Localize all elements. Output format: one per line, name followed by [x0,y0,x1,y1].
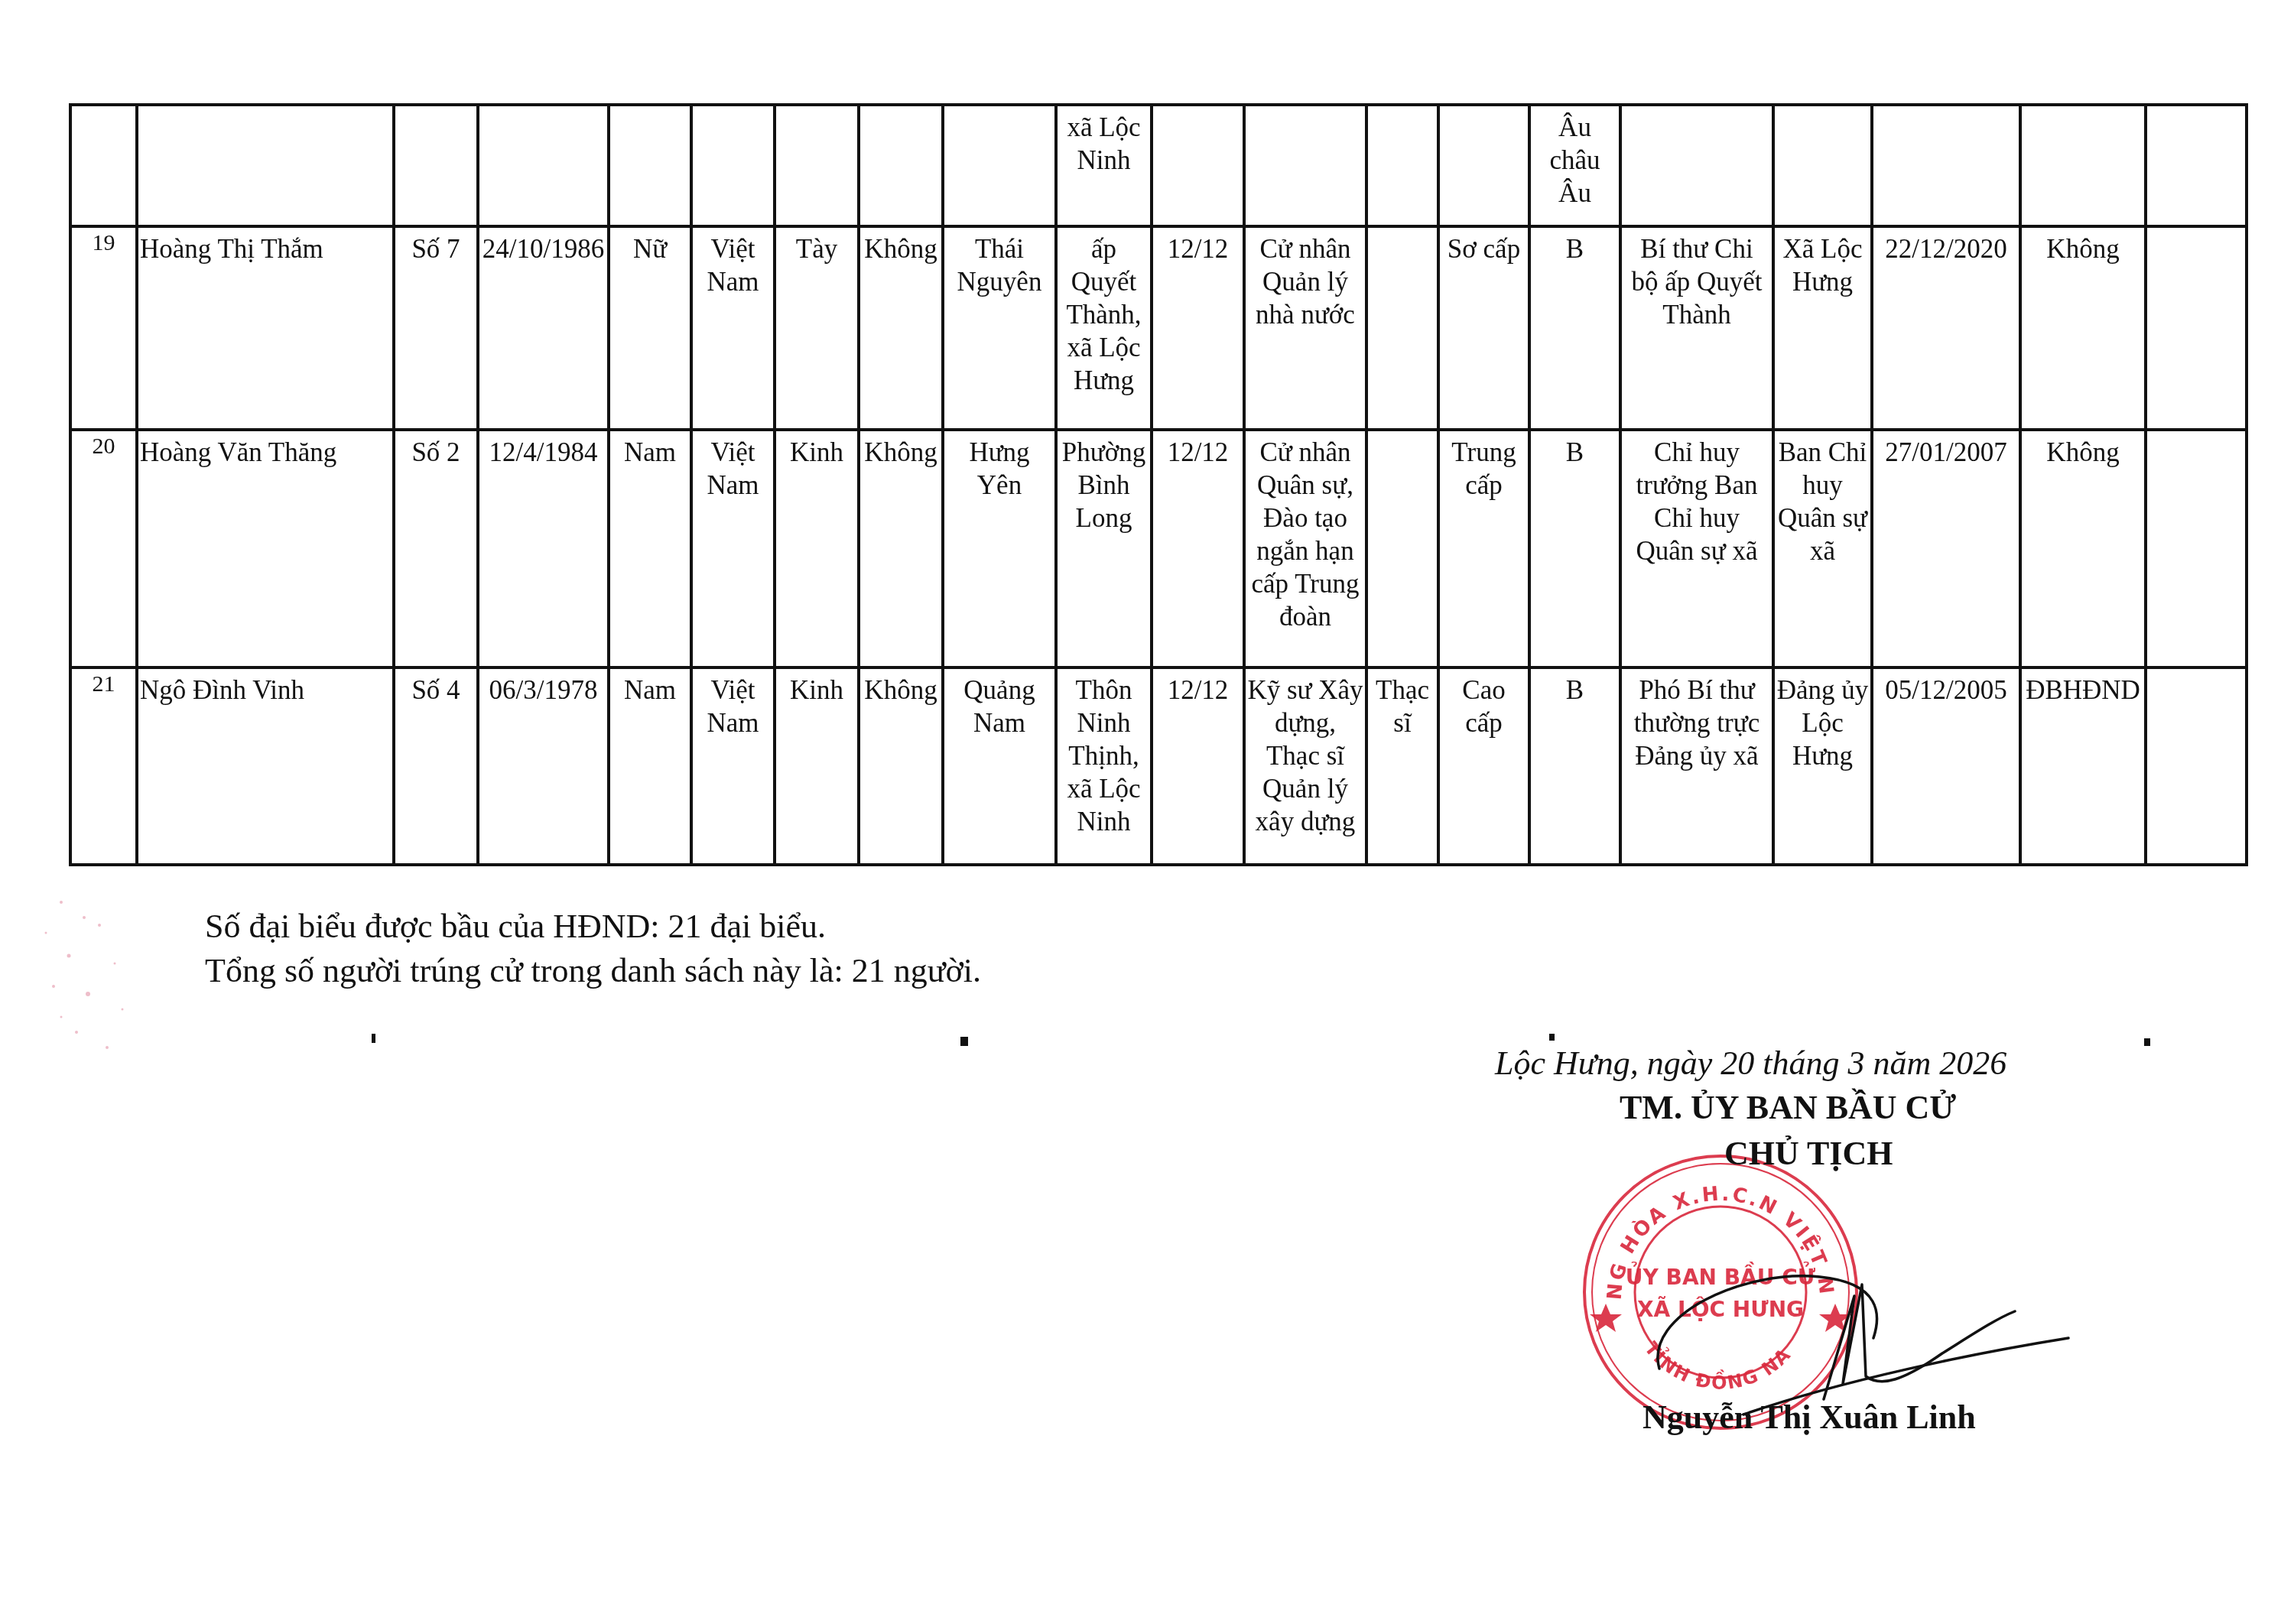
signer-title: CHỦ TỊCH [1724,1134,1893,1173]
cell-political-theory: Caocấp [1438,667,1529,865]
cell-text-line: Nam [694,265,772,298]
cell-residence: ThônNinhThịnh,xã LộcNinh [1056,667,1152,865]
cell-academic [1366,226,1438,430]
cell-general-education: 12/12 [1152,430,1244,667]
cell-text-line: Quyết [1059,265,1149,298]
scan-speck [1549,1034,1555,1041]
cell-text-line: Quản lý [1247,265,1363,298]
table-row: 19 Hoàng Thị Thắm Số 7 24/10/1986 Nữ Việ… [70,226,2247,430]
cell-text-line: Nam [694,469,772,502]
cell-political-theory [1438,105,1529,226]
cell-text-line: Nam [694,706,772,739]
cell-text-line: Thành, [1059,298,1149,331]
cell-ethnicity [775,105,859,226]
cell-dob [478,105,609,226]
cell-general-education [1152,105,1244,226]
cell-academic [1366,105,1438,226]
cell-extra [2146,430,2247,667]
cell-text-line: Kỹ sư Xây [1247,674,1363,706]
cell-dob: 06/3/1978 [478,667,609,865]
cell-professional: Cử nhânQuân sự,Đào tạongắn hạncấp Trungđ… [1244,430,1366,667]
cell-nationality: ViệtNam [691,667,775,865]
cell-party-date: 05/12/2005 [1872,667,2020,865]
cell-text-line: ngắn hạn [1247,534,1363,567]
cell-text-line: Quản lý [1247,772,1363,805]
cell-professional: Cử nhânQuản lýnhà nước [1244,226,1366,430]
cell-delegate-status: Không [2020,226,2146,430]
cell-text-line: ấp [1059,232,1149,265]
cell-religion: Không [859,430,943,667]
cell-religion: Không [859,226,943,430]
cell-text-line: Chỉ huy [1623,502,1770,534]
cell-residence: ấpQuyếtThành,xã LộcHưng [1056,226,1152,430]
cell-nationality: ViệtNam [691,430,775,667]
cell-hometown: TháiNguyên [943,226,1056,430]
cell-text-line: Ninh [1059,805,1149,838]
cell-extra [2146,667,2247,865]
elected-delegates-table: xã LộcNinh ÂuchâuÂu 19 Hoàng Thị Thắm Số… [69,103,2248,866]
cell-ballot: Số 2 [394,430,478,667]
cell-text-line: Bình [1059,469,1149,502]
cell-position: Chỉ huytrưởng BanChỉ huyQuân sự xã [1620,430,1773,667]
cell-text-line: châu [1532,144,1617,177]
cell-text-line: Phó Bí thư [1623,674,1770,706]
cell-workplace: Đảng ủyLộcHưng [1773,667,1872,865]
cell-text-line: Nam [946,706,1053,739]
cell-gender: Nam [609,667,691,865]
cell-foreign-language: B [1529,430,1620,667]
table-body: xã LộcNinh ÂuchâuÂu 19 Hoàng Thị Thắm Số… [70,105,2247,865]
cell-name: Ngô Đình Vinh [137,667,394,865]
cell-text-line: huy [1776,469,1869,502]
cell-text-line: đoàn [1247,600,1363,633]
scan-speck [372,1034,375,1043]
cell-religion: Không [859,667,943,865]
cell-academic [1366,430,1438,667]
cell-text-line: Đào tạo [1247,502,1363,534]
cell-text-line: Hưng [1776,739,1869,772]
table-row: 21 Ngô Đình Vinh Số 4 06/3/1978 Nam Việt… [70,667,2247,865]
cell-text-line: xây dựng [1247,805,1363,838]
cell-stt: 19 [70,226,137,430]
cell-hometown [943,105,1056,226]
table-row: 20 Hoàng Văn Thăng Số 2 12/4/1984 Nam Vi… [70,430,2247,667]
cell-text-line: Thạc [1370,674,1435,706]
cell-text-line: Đảng ủy [1776,674,1869,706]
cell-gender [609,105,691,226]
cell-text-line: Sơ cấp [1441,232,1526,265]
signer-name: Nguyễn Thị Xuân Linh [1643,1398,1976,1437]
cell-text-line: trưởng Ban [1623,469,1770,502]
cell-text-line: Ninh [1059,144,1149,177]
cell-position [1620,105,1773,226]
cell-dob: 24/10/1986 [478,226,609,430]
cell-ballot: Số 7 [394,226,478,430]
cell-text-line: Việt [694,232,772,265]
cell-name: Hoàng Thị Thắm [137,226,394,430]
cell-name [137,105,394,226]
cell-text-line: Thịnh, [1059,739,1149,772]
cell-text-line: Bí thư Chi [1623,232,1770,265]
cell-ballot [394,105,478,226]
cell-delegate-status [2020,105,2146,226]
cell-political-theory: Sơ cấp [1438,226,1529,430]
cell-text-line: Âu [1532,111,1617,144]
cell-party-date: 22/12/2020 [1872,226,2020,430]
stamp-bleed-mark [15,872,138,1070]
place-and-date: Lộc Hưng, ngày 20 tháng 3 năm 2026 [1495,1044,2006,1083]
cell-text-line: xã [1776,534,1869,567]
cell-text-line: cấp Trung [1247,567,1363,600]
cell-stt: 21 [70,667,137,865]
cell-gender: Nam [609,430,691,667]
cell-text-line: Trung [1441,436,1526,469]
cell-text-line: Nguyên [946,265,1053,298]
cell-professional [1244,105,1366,226]
cell-extra [2146,226,2247,430]
cell-party-date: 27/01/2007 [1872,430,2020,667]
cell-ethnicity: Kinh [775,667,859,865]
cell-text-line: xã Lộc [1059,111,1149,144]
cell-text-line: Việt [694,436,772,469]
cell-text-line: Âu [1532,177,1617,209]
cell-text-line: Quảng [946,674,1053,706]
cell-extra [2146,105,2247,226]
cell-hometown: QuảngNam [943,667,1056,865]
cell-nationality: ViệtNam [691,226,775,430]
cell-text-line: Thái [946,232,1053,265]
handwritten-signature-icon [1652,1223,2080,1422]
cell-workplace: Xã LộcHưng [1773,226,1872,430]
cell-delegate-status: Không [2020,430,2146,667]
cell-residence: xã LộcNinh [1056,105,1152,226]
cell-text-line: Quân sự [1776,502,1869,534]
cell-text-line: nhà nước [1247,298,1363,331]
cell-ethnicity: Kinh [775,430,859,667]
elected-total-text: Tổng số người trúng cử trong danh sách n… [205,949,981,993]
cell-nationality [691,105,775,226]
cell-text-line: Thành [1623,298,1770,331]
cell-text-line: Xã Lộc [1776,232,1869,265]
cell-text-line: cấp [1441,706,1526,739]
cell-religion [859,105,943,226]
cell-academic: Thạcsĩ [1366,667,1438,865]
cell-text-line: xã Lộc [1059,772,1149,805]
cell-text-line: Chỉ huy [1623,436,1770,469]
cell-foreign-language: ÂuchâuÂu [1529,105,1620,226]
cell-workplace [1773,105,1872,226]
cell-workplace: Ban ChỉhuyQuân sựxã [1773,430,1872,667]
cell-name: Hoàng Văn Thăng [137,430,394,667]
cell-general-education: 12/12 [1152,667,1244,865]
cell-political-theory: Trungcấp [1438,430,1529,667]
cell-text-line: thường trực [1623,706,1770,739]
cell-text-line: dựng, [1247,706,1363,739]
table-row-continuation: xã LộcNinh ÂuchâuÂu [70,105,2247,226]
on-behalf-of: TM. ỦY BAN BẦU CỬ [1620,1088,1956,1127]
cell-text-line: Cao [1441,674,1526,706]
cell-text-line: cấp [1441,469,1526,502]
document-page: xã LộcNinh ÂuchâuÂu 19 Hoàng Thị Thắm Số… [0,0,2294,1624]
cell-stt [70,105,137,226]
cell-foreign-language: B [1529,226,1620,430]
cell-text-line: Ninh [1059,706,1149,739]
cell-stt: 20 [70,430,137,667]
cell-text-line: Hưng [946,436,1053,469]
cell-text-line: Đảng ủy xã [1623,739,1770,772]
cell-text-line: Cử nhân [1247,232,1363,265]
cell-ethnicity: Tày [775,226,859,430]
cell-text-line: Yên [946,469,1053,502]
cell-ballot: Số 4 [394,667,478,865]
scan-speck [2144,1038,2150,1046]
cell-text-line: xã Lộc [1059,331,1149,364]
cell-professional: Kỹ sư Xâydựng,Thạc sĩQuản lýxây dựng [1244,667,1366,865]
cell-text-line: Quân sự xã [1623,534,1770,567]
cell-party-date [1872,105,2020,226]
cell-text-line: Quân sự, [1247,469,1363,502]
cell-delegate-status: ĐBHĐND [2020,667,2146,865]
cell-text-line: sĩ [1370,706,1435,739]
cell-hometown: HưngYên [943,430,1056,667]
cell-residence: PhườngBìnhLong [1056,430,1152,667]
cell-text-line: Hưng [1059,364,1149,397]
cell-general-education: 12/12 [1152,226,1244,430]
cell-text-line: Thôn [1059,674,1149,706]
summary-block: Số đại biểu được bầu của HĐND: 21 đại bi… [205,905,981,993]
cell-text-line: Cử nhân [1247,436,1363,469]
cell-foreign-language: B [1529,667,1620,865]
cell-text-line: Lộc [1776,706,1869,739]
scan-speck [960,1037,968,1046]
cell-text-line: Thạc sĩ [1247,739,1363,772]
cell-text-line: Phường [1059,436,1149,469]
delegate-count-text: Số đại biểu được bầu của HĐND: 21 đại bi… [205,905,981,949]
cell-text-line: bộ ấp Quyết [1623,265,1770,298]
cell-text-line: Hưng [1776,265,1869,298]
cell-position: Phó Bí thưthường trựcĐảng ủy xã [1620,667,1773,865]
cell-text-line: Ban Chỉ [1776,436,1869,469]
cell-gender: Nữ [609,226,691,430]
cell-text-line: Long [1059,502,1149,534]
cell-text-line: Việt [694,674,772,706]
cell-position: Bí thư Chibộ ấp QuyếtThành [1620,226,1773,430]
cell-dob: 12/4/1984 [478,430,609,667]
